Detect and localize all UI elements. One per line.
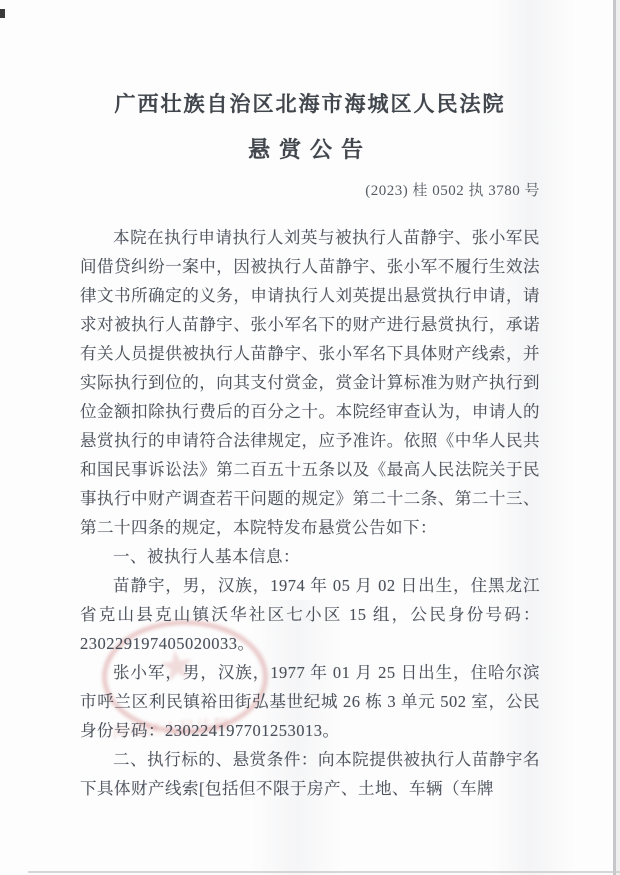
scan-edge-right-pad — [616, 0, 620, 875]
scan-edge-right-line — [613, 0, 616, 875]
paragraph-section2-heading: 二、执行标的、悬赏条件：向本院提供被执行人苗静宇名下具体财产线索[包括但不限于房… — [80, 745, 540, 803]
paragraph-section1-heading: 一、被执行人基本信息： — [80, 542, 540, 571]
case-number: (2023) 桂 0502 执 3780 号 — [80, 179, 540, 200]
paragraph-intro: 本院在执行申请执行人刘英与被执行人苗静宇、张小军民间借贷纠纷一案中，因被执行人苗… — [80, 223, 540, 542]
document-title: 悬赏公告 — [80, 133, 540, 164]
paragraph-debtor-1: 苗静宇，男，汉族，1974 年 05 月 02 日出生，住黑龙江省克山县克山镇沃… — [80, 571, 540, 658]
scan-corner-mark — [0, 9, 5, 18]
court-name-heading: 广西壮族自治区北海市海城区人民法院 — [80, 88, 540, 118]
paragraph-debtor-2: 张小军，男，汉族，1977 年 01 月 25 日出生，住哈尔滨市呼兰区利民镇裕… — [80, 658, 540, 745]
document-content: 广西壮族自治区北海市海城区人民法院 悬赏公告 (2023) 桂 0502 执 3… — [80, 88, 540, 803]
document-body: 本院在执行申请执行人刘英与被执行人苗静宇、张小军民间借贷纠纷一案中，因被执行人苗… — [80, 223, 540, 803]
scan-edge-bottom-line — [28, 871, 620, 873]
scanned-court-notice-page: ★ 海城区人民法院 广西壮族自治区北海市海城区人民法院 悬赏公告 (2023) … — [0, 0, 620, 875]
